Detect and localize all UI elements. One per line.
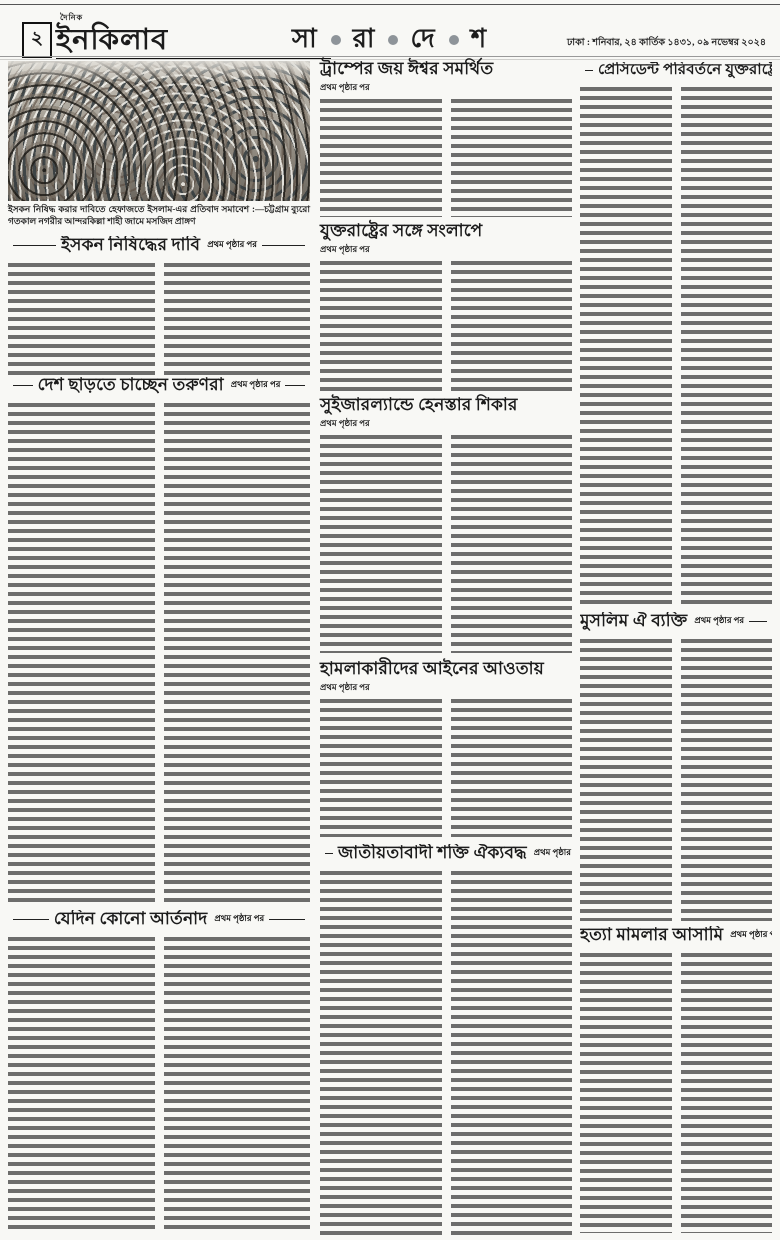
greeked-text-column bbox=[164, 403, 311, 903]
article-murder-case-accused: হত্যা মামলার আসামি প্রথম পৃষ্ঠার পর bbox=[580, 926, 772, 1233]
article-body bbox=[320, 699, 572, 837]
section-letter: দে bbox=[410, 24, 436, 53]
article-headline: দেশ ছাড়তে চাচ্ছেন তরুণরা bbox=[38, 376, 224, 395]
greeked-text-column bbox=[320, 435, 442, 653]
article-headline: হামলাকারীদের আইনের আওতায় bbox=[320, 660, 572, 679]
headline-row: জাতীয়তাবাদী শক্তি ঐক্যবদ্ধ প্রথম পৃষ্ঠা… bbox=[320, 844, 572, 863]
headline-row: দেশ ছাড়তে চাচ্ছেন তরুণরা প্রথম পৃষ্ঠার … bbox=[8, 376, 310, 395]
bullet-separator-icon bbox=[388, 35, 398, 45]
greeked-text-column bbox=[451, 435, 573, 653]
protest-crowd-photo bbox=[8, 61, 310, 201]
section-letter: শ bbox=[471, 24, 488, 53]
continued-from-front-label: প্রথম পৃষ্ঠার পর bbox=[320, 681, 572, 695]
continued-from-front-label: প্রথম পৃষ্ঠার পর bbox=[534, 846, 572, 860]
headline-rule bbox=[262, 245, 305, 246]
continued-from-front-label: প্রথম পৃষ্ঠার পর bbox=[730, 928, 772, 942]
headline-row: যেদিন কোনো আর্তনাদ প্রথম পৃষ্ঠার পর bbox=[8, 910, 310, 929]
newspaper-page: ২ দৈনিক ইনকিলাব সারাদেশ ঢাকা : শনিবার, ২… bbox=[0, 0, 780, 1240]
greeked-text-column bbox=[451, 699, 573, 837]
headline-rule bbox=[285, 385, 305, 386]
article-headline: মুসলিম ঐ ব্যক্তি bbox=[580, 612, 687, 631]
article-headline: ট্রাম্পের জয় ঈশ্বর সমর্থিত bbox=[320, 60, 572, 79]
greeked-text-column bbox=[8, 263, 155, 375]
article-us-dialogue: যুক্তরাষ্ট্রের সঙ্গে সংলাপে প্রথম পৃষ্ঠা… bbox=[320, 222, 572, 393]
headline-rule bbox=[749, 621, 767, 622]
greeked-text-column bbox=[320, 699, 442, 837]
masthead: ২ দৈনিক ইনকিলাব সারাদেশ ঢাকা : শনিবার, ২… bbox=[0, 6, 780, 58]
article-attackers-law: হামলাকারীদের আইনের আওতায় প্রথম পৃষ্ঠার … bbox=[320, 660, 572, 837]
article-body bbox=[580, 953, 772, 1233]
continued-from-front-label: প্রথম পৃষ্ঠার পর bbox=[320, 81, 572, 95]
greeked-text-column bbox=[451, 99, 573, 217]
article-nationalist-unity: জাতীয়তাবাদী শক্তি ঐক্যবদ্ধ প্রথম পৃষ্ঠা… bbox=[320, 844, 572, 1235]
bullet-separator-icon bbox=[449, 35, 459, 45]
bullet-separator-icon bbox=[331, 35, 341, 45]
article-youth-leaving: দেশ ছাড়তে চাচ্ছেন তরুণরা প্রথম পৃষ্ঠার … bbox=[8, 376, 310, 903]
section-letter: রা bbox=[353, 24, 377, 53]
photo-credit: —চট্টগ্রাম ব্যুরো bbox=[255, 203, 310, 215]
article-president-change: প্রেসিডেন্ট পরিবর্তনে যুক্তরাষ্ট্রের প্র… bbox=[580, 62, 772, 605]
greeked-text-column bbox=[320, 261, 442, 393]
article-body bbox=[320, 99, 572, 217]
headline-rule bbox=[13, 919, 49, 920]
article-headline: জাতীয়তাবাদী শক্তি ঐক্যবদ্ধ bbox=[338, 844, 527, 863]
headline-row: প্রেসিডেন্ট পরিবর্তনে যুক্তরাষ্ট্রের প্র… bbox=[580, 62, 772, 79]
greeked-text-column bbox=[451, 871, 573, 1235]
headline-row: ইসকন নিষিদ্ধের দাবি প্রথম পৃষ্ঠার পর bbox=[8, 236, 310, 255]
photo-caption-text: ইসকন নিষিদ্ধ করার দাবিতে হেফাজতে ইসলাম-এ… bbox=[8, 204, 255, 226]
greeked-text-column bbox=[8, 403, 155, 903]
continued-from-front-label: প্রথম পৃষ্ঠার পর bbox=[214, 912, 264, 926]
article-body bbox=[8, 263, 310, 375]
continued-from-front-label: প্রথম পৃষ্ঠার পর bbox=[320, 417, 572, 431]
article-body bbox=[580, 639, 772, 921]
headline-rule bbox=[13, 385, 33, 386]
greeked-text-column bbox=[320, 871, 442, 1235]
greeked-text-column bbox=[681, 87, 773, 605]
article-trump-win: ট্রাম্পের জয় ঈশ্বর সমর্থিত প্রথম পৃষ্ঠা… bbox=[320, 60, 572, 217]
article-no-lament-day: যেদিন কোনো আর্তনাদ প্রথম পৃষ্ঠার পর bbox=[8, 910, 310, 1233]
continued-from-front-label: প্রথম পৃষ্ঠার পর bbox=[694, 614, 744, 628]
greeked-text-column bbox=[320, 99, 442, 217]
article-headline: সুইজারল্যান্ডে হেনস্তার শিকার bbox=[320, 396, 572, 415]
article-muslim-person: মুসলিম ঐ ব্যক্তি প্রথম পৃষ্ঠার পর bbox=[580, 612, 772, 921]
article-headline: যেদিন কোনো আর্তনাদ bbox=[54, 910, 208, 929]
continued-from-front-label: প্রথম পৃষ্ঠার পর bbox=[231, 378, 281, 392]
greeked-text-column bbox=[451, 261, 573, 393]
masthead-rule bbox=[0, 56, 780, 57]
article-switzerland-harassment: সুইজারল্যান্ডে হেনস্তার শিকার প্রথম পৃষ্… bbox=[320, 396, 572, 653]
dateline: ঢাকা : শনিবার, ২৪ কার্তিক ১৪৩১, ০৯ নভেম্… bbox=[567, 36, 766, 51]
article-body bbox=[320, 261, 572, 393]
headline-rule bbox=[585, 70, 593, 71]
headline-rule bbox=[13, 245, 56, 246]
top-rule bbox=[0, 4, 780, 5]
greeked-text-column bbox=[580, 639, 672, 921]
greeked-text-column bbox=[580, 953, 672, 1233]
headline-rule bbox=[269, 919, 305, 920]
headline-row: মুসলিম ঐ ব্যক্তি প্রথম পৃষ্ঠার পর bbox=[580, 612, 772, 631]
section-letter: সা bbox=[292, 24, 319, 53]
greeked-text-column bbox=[580, 87, 672, 605]
article-headline: প্রেসিডেন্ট পরিবর্তনে যুক্তরাষ্ট্রের bbox=[598, 62, 772, 79]
greeked-text-column bbox=[681, 639, 773, 921]
greeked-text-column bbox=[8, 937, 155, 1233]
headline-rule bbox=[325, 853, 333, 854]
article-iskcon-ban: ইসকন নিষিদ্ধের দাবি প্রথম পৃষ্ঠার পর bbox=[8, 236, 310, 375]
article-body bbox=[320, 871, 572, 1235]
article-headline: ইসকন নিষিদ্ধের দাবি bbox=[61, 236, 200, 255]
greeked-text-column bbox=[164, 263, 311, 375]
continued-from-front-label: প্রথম পৃষ্ঠার পর bbox=[207, 238, 257, 252]
article-headline: হত্যা মামলার আসামি bbox=[580, 926, 723, 945]
photo-caption: —চট্টগ্রাম ব্যুরো ইসকন নিষিদ্ধ করার দাবি… bbox=[8, 203, 310, 227]
article-body bbox=[580, 87, 772, 605]
greeked-text-column bbox=[681, 953, 773, 1233]
continued-from-front-label: প্রথম পৃষ্ঠার পর bbox=[320, 243, 572, 257]
headline-row: হত্যা মামলার আসামি প্রথম পৃষ্ঠার পর bbox=[580, 926, 772, 945]
article-body bbox=[8, 937, 310, 1233]
article-headline: যুক্তরাষ্ট্রের সঙ্গে সংলাপে bbox=[320, 222, 572, 241]
greeked-text-column bbox=[164, 937, 311, 1233]
article-body bbox=[320, 435, 572, 653]
article-body bbox=[8, 403, 310, 903]
